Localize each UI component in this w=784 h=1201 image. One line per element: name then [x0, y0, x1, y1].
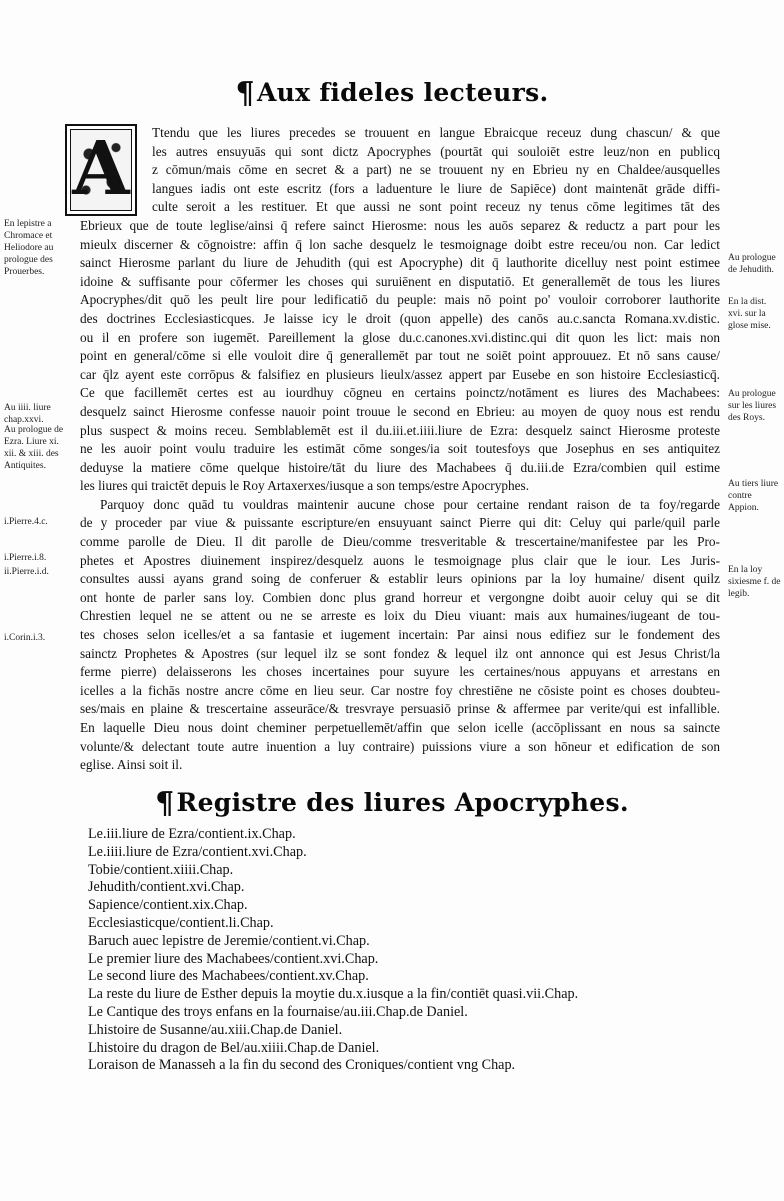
text-line: point en general/cōme si elle vouloit di…: [80, 347, 720, 366]
text-line: ferme pierre) delaisserons les choses in…: [80, 663, 720, 682]
margin-note-left: Au prologue de Ezra. Liure xi. xii. & xi…: [4, 424, 66, 472]
register-entry: Lhistoire du dragon de Bel/au.xiiii.Chap…: [88, 1040, 688, 1058]
margin-note-left: En lepistre a Chromace et Heliodore au p…: [4, 218, 66, 278]
margin-note-right: Au tiers liure contre Appion.: [728, 478, 782, 514]
text-line: ne les auoir point voulu traduire les es…: [80, 440, 720, 459]
text-line: les autres ensuyuās qui sont dictz Apocr…: [80, 143, 720, 162]
text-line: icelles a la fichās nostre ancre cōme en…: [80, 682, 720, 701]
margin-note-left: Au iiii. liure chap.xxvi.: [4, 402, 66, 426]
text-line: consultes aussi ayans grand soing de con…: [80, 570, 720, 589]
text-line: deduyse la matiere cōme quelque histoire…: [80, 459, 720, 478]
margin-note-left: i.Pierre.i.8.: [4, 552, 66, 564]
register-entry: Le.iiii.liure de Ezra/contient.xvi.Chap.: [88, 844, 688, 862]
text-line: En laquelle Dieu nous doint cheminer per…: [80, 719, 720, 738]
text-line: Chrestien lequel ne se attent ou ne se a…: [80, 607, 720, 626]
preface-text: Ttendu que les liures precedes se trouue…: [80, 124, 720, 775]
text-line: mieulx discerner & cōgnoistre: affin q̄ …: [80, 236, 720, 255]
text-line: des doctrines Ecclesiasticques. Je laiss…: [80, 310, 720, 329]
register-entry: Loraison de Manasseh a la fin du second …: [88, 1057, 688, 1075]
register-entry: Ecclesiasticque/contient.li.Chap.: [88, 915, 688, 933]
register-entry: La reste du liure de Esther depuis la mo…: [88, 986, 688, 1004]
register-entry: Le premier liure des Machabees/contient.…: [88, 951, 688, 969]
register-entry: Sapience/contient.xix.Chap.: [88, 897, 688, 915]
register-title-text: Registre des liures Apocryphes.: [177, 788, 629, 817]
text-line: phetes et Apostres diuinement inspirez/d…: [80, 552, 720, 571]
margin-note-right: En la dist. xvi. sur la glose mise.: [728, 296, 782, 332]
scanned-page: ¶Aux fideles lecteurs. A Ttendu que les …: [0, 0, 784, 1201]
register-list: Le.iii.liure de Ezra/contient.ix.Chap. L…: [88, 826, 688, 1075]
register-entry: Lhistoire de Susanne/au.xiii.Chap.de Dan…: [88, 1022, 688, 1040]
register-entry: Le.iii.liure de Ezra/contient.ix.Chap.: [88, 826, 688, 844]
margin-note-right: Au prologue de Jehudith.: [728, 252, 782, 276]
pilcrow-icon: ¶: [236, 76, 255, 111]
margin-note-right: Au prologue sur les liures des Roys.: [728, 388, 782, 424]
page-title-text: Aux fideles lecteurs.: [257, 78, 549, 107]
page-title: ¶Aux fideles lecteurs.: [0, 76, 784, 111]
text-line: tes choses selon icelles/et a sa fantasi…: [80, 626, 720, 645]
text-line: les liures qui traictēt depuis le Roy Ar…: [80, 477, 720, 496]
margin-note-right: En la loy sixiesme f. de legib.: [728, 564, 782, 600]
margin-note-left: ii.Pierre.i.d.: [4, 566, 66, 578]
text-line: ses/mais en plaine & trescertaine asseur…: [80, 700, 720, 719]
text-line: Ebrieux que de toute leglise/ainsi q̄ re…: [80, 217, 720, 236]
text-line: Parquoy donc quād tu vouldras maintenir …: [80, 496, 720, 515]
register-entry: Tobie/contient.xiiii.Chap.: [88, 862, 688, 880]
text-line: de y proceder par viue & puissante escri…: [80, 514, 720, 533]
text-line: idoine & suffisante pour cōfermer les ch…: [80, 273, 720, 292]
text-line: Ce que facillemēt certes est au iourdhuy…: [80, 384, 720, 403]
text-line: comme parolle de Dieu. Il dit parolle de…: [80, 533, 720, 552]
text-line: eglise. Ainsi soit il.: [80, 756, 720, 775]
register-title: ¶Registre des liures Apocryphes.: [0, 786, 784, 821]
text-line: Apocryphes/dit quō les peult lire pour l…: [80, 291, 720, 310]
text-line: culte seroit a les restituer. Et que aus…: [80, 198, 720, 217]
text-line: Ttendu que les liures precedes se trouue…: [80, 124, 720, 143]
text-line: sainct Hierosme parlant du liure de Jehu…: [80, 254, 720, 273]
margin-note-left: i.Corin.i.3.: [4, 632, 66, 644]
text-line: car q̄lz ayent este corrōpus & falsifiez…: [80, 366, 720, 385]
text-line: z cōmun/mais cōme en secret & a part) ne…: [80, 161, 720, 180]
register-entry: Le Cantique des troys enfans en la fourn…: [88, 1004, 688, 1022]
register-entry: Le second liure des Machabees/contient.x…: [88, 968, 688, 986]
text-line: ou il en profere son iugemēt. Pareilleme…: [80, 329, 720, 348]
text-line: langues iadis ont este escritz (fors a l…: [80, 180, 720, 199]
text-line: plus suspect & moins receu. Semblablemēt…: [80, 422, 720, 441]
text-line: desquelz sainct Hierosme confesse nauoir…: [80, 403, 720, 422]
text-line: volunte/& delectant toute autre inuentio…: [80, 738, 720, 757]
register-entry: Baruch auec lepistre de Jeremie/contient…: [88, 933, 688, 951]
register-entry: Jehudith/contient.xvi.Chap.: [88, 879, 688, 897]
text-line: ont honte de parler sans loy. Combien do…: [80, 589, 720, 608]
text-line: sainctz Prophetes & Apostres (sur lequel…: [80, 645, 720, 664]
margin-note-left: i.Pierre.4.c.: [4, 516, 66, 528]
pilcrow-icon: ¶: [155, 786, 174, 821]
